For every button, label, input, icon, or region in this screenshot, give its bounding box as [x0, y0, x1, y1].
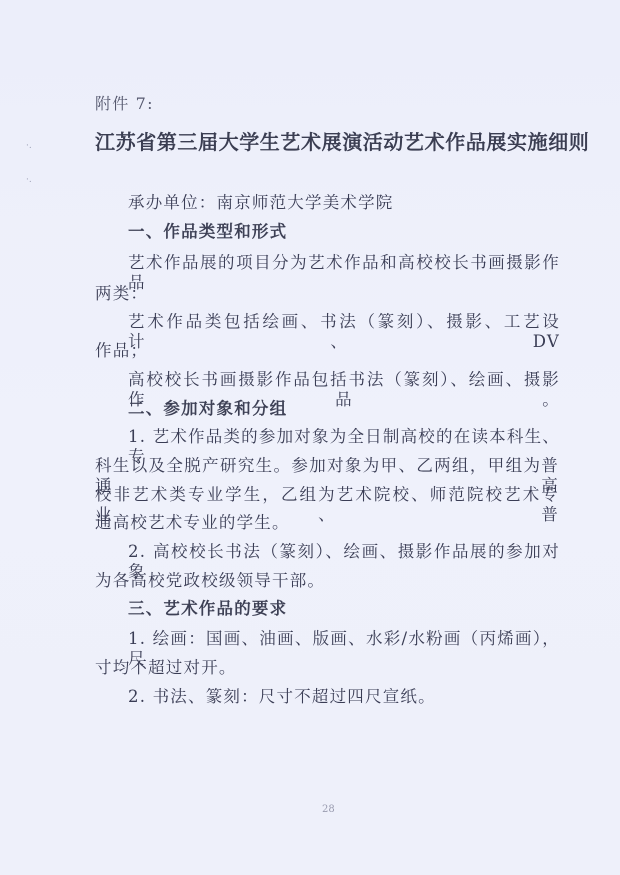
margin-scan-mark: ·. — [26, 176, 32, 185]
paragraph-line: 为各高校党政校级领导干部。 — [95, 571, 325, 591]
section-heading-1: 一、作品类型和形式 — [128, 222, 287, 242]
section-heading-3: 三、艺术作品的要求 — [128, 599, 287, 619]
organizer-line: 承办单位：南京师范大学美术学院 — [128, 193, 394, 213]
page-number: 28 — [322, 804, 335, 815]
paragraph-line: 两类： — [95, 284, 148, 304]
margin-scan-mark: ·. — [26, 142, 32, 151]
paragraph-line: 作品； — [95, 341, 148, 361]
paragraph-line: 寸均不超过对开。 — [95, 658, 237, 678]
paragraph-line: 艺术作品类包括绘画、书法（篆刻）、摄影、工艺设计、DV — [128, 312, 560, 352]
document-page: ·. ·. 附件 7: 江苏省第三届大学生艺术展演活动艺术作品展实施细则 承办单… — [0, 0, 620, 875]
paragraph-line: 通高校艺术专业的学生。 — [95, 513, 290, 533]
attachment-label: 附件 7: — [95, 94, 154, 114]
document-title: 江苏省第三届大学生艺术展演活动艺术作品展实施细则 — [95, 132, 589, 152]
paragraph-line: 2. 书法、篆刻：尺寸不超过四尺宣纸。 — [128, 687, 436, 707]
paragraph-line: 艺术作品展的项目分为艺术作品和高校校长书画摄影作品 — [128, 253, 560, 293]
section-heading-2: 二、参加对象和分组 — [128, 399, 287, 419]
